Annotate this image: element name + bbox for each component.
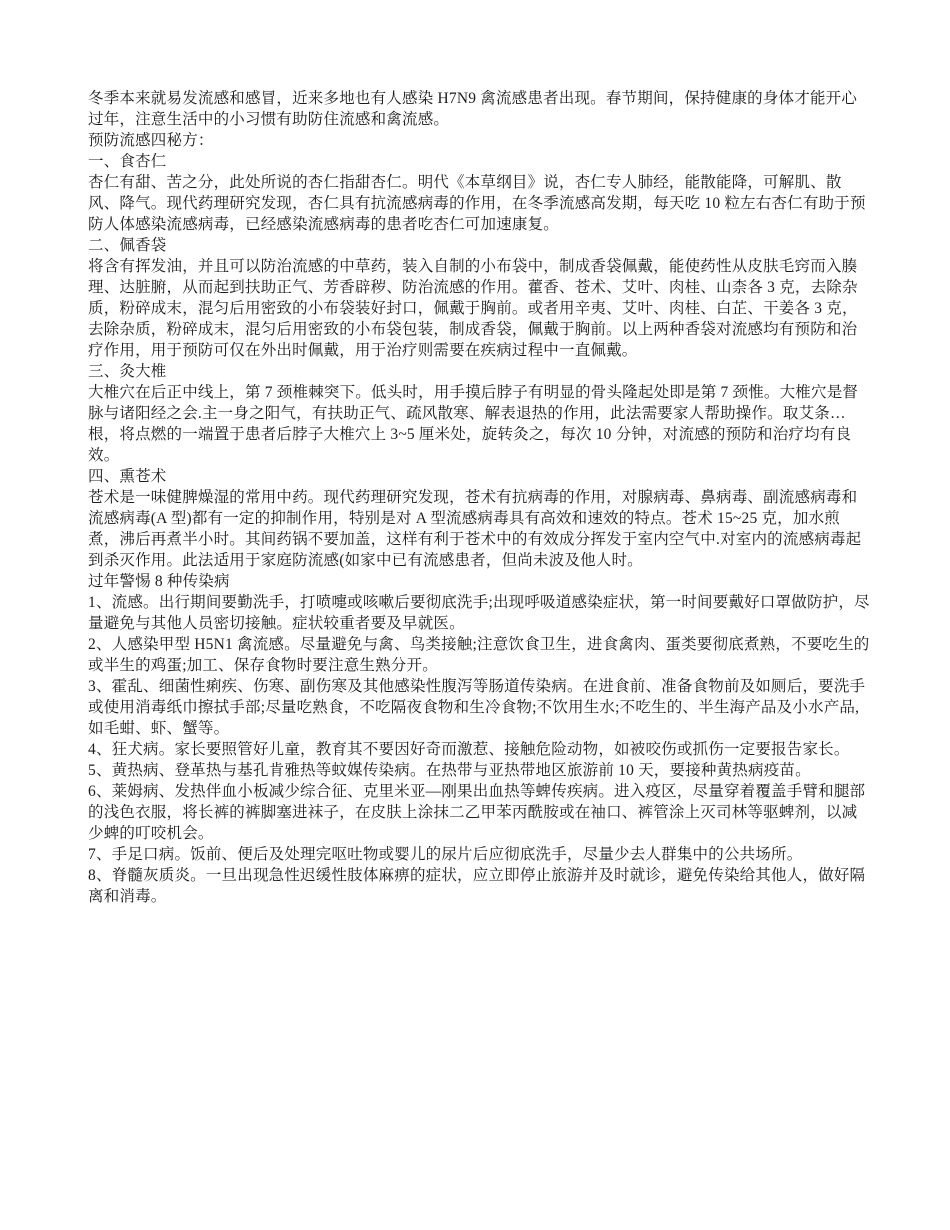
section-title-eight-diseases: 过年警惕 8 种传染病 <box>88 571 870 592</box>
document-body: 冬季本来就易发流感和感冒，近来多地也有人感染 H7N9 禽流感患者出现。春节期间… <box>88 88 870 907</box>
list-item-7: 7、手足口病。饭前、便后及处理完呕吐物或婴儿的尿片后应彻底洗手，尽量少去人群集中… <box>88 844 870 865</box>
paragraph-tip-4: 苍术是一味健脾燥湿的常用中药。现代药理研究发现，苍术有抗病毒的作用，对腺病毒、鼻… <box>88 487 870 571</box>
list-item-3: 3、霍乱、细菌性痢疾、伤寒、副伤寒及其他感染性腹泻等肠道传染病。在进食前、准备食… <box>88 676 870 739</box>
heading-tip-3: 三、灸大椎 <box>88 361 870 382</box>
section-title-four-tips: 预防流感四秘方： <box>88 130 870 151</box>
paragraph-tip-3: 大椎穴在后正中线上，第 7 颈椎棘突下。低头时，用手摸后脖子有明显的骨头隆起处即… <box>88 382 870 466</box>
paragraph-tip-2: 将含有挥发油，并且可以防治流感的中草药，装入自制的小布袋中，制成香袋佩戴，能使药… <box>88 256 870 361</box>
list-item-5: 5、黄热病、登革热与基孔肯雅热等蚊媒传染病。在热带与亚热带地区旅游前 10 天，… <box>88 760 870 781</box>
intro-paragraph: 冬季本来就易发流感和感冒，近来多地也有人感染 H7N9 禽流感患者出现。春节期间… <box>88 88 870 130</box>
list-item-2: 2、人感染甲型 H5N1 禽流感。尽量避免与禽、鸟类接触;注意饮食卫生，进食禽肉… <box>88 634 870 676</box>
heading-tip-4: 四、熏苍术 <box>88 466 870 487</box>
list-item-1: 1、流感。出行期间要勤洗手，打喷嚏或咳嗽后要彻底洗手;出现呼吸道感染症状，第一时… <box>88 592 870 634</box>
list-item-6: 6、莱姆病、发热伴血小板减少综合征、克里米亚—刚果出血热等蜱传疾病。进入疫区，尽… <box>88 781 870 844</box>
list-item-8: 8、脊髓灰质炎。一旦出现急性迟缓性肢体麻痹的症状，应立即停止旅游并及时就诊，避免… <box>88 865 870 907</box>
paragraph-tip-1: 杏仁有甜、苦之分，此处所说的杏仁指甜杏仁。明代《本草纲目》说，杏仁专人肺经，能散… <box>88 172 870 235</box>
heading-tip-2: 二、佩香袋 <box>88 235 870 256</box>
heading-tip-1: 一、食杏仁 <box>88 151 870 172</box>
list-item-4: 4、狂犬病。家长要照管好儿童，教育其不要因好奇而激惹、接触危险动物，如被咬伤或抓… <box>88 739 870 760</box>
